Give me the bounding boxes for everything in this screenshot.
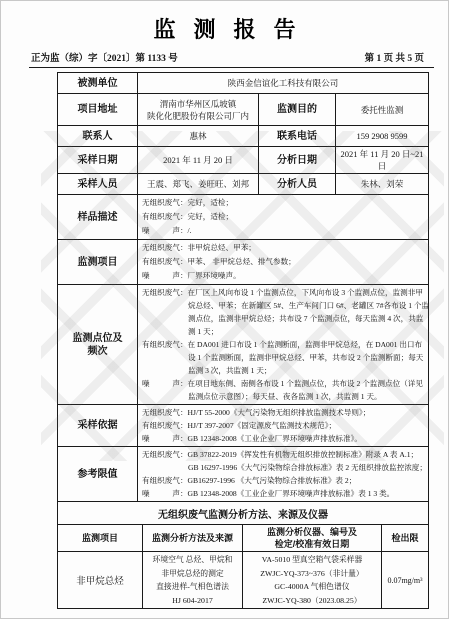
samplers-value: 王震、郑飞、姜旺旺、刘邦: [138, 174, 259, 195]
doc-number: 正为监（综）字〔2021〕第 1133 号: [31, 50, 178, 64]
report-main-table: 被测单位 陕西金信谊化工科技有限公司 项目地址 渭南市华州区瓜坡镇 陕化化肥股份…: [57, 72, 429, 502]
sample-date-value: 2021 年 11 月 20 日: [138, 147, 259, 174]
sample-desc-line: 有组织废气：完好，适检；: [142, 210, 425, 224]
points-line: 监测 3 次，共监测 1 天；: [188, 364, 425, 377]
points-line: 噪 声：在项目地东侧、南侧各布设 1 个监测点位，共布设 2 个监测点位（详见: [142, 377, 425, 390]
items-line: 无组织废气：非甲烷总烃、甲苯；: [142, 241, 425, 255]
row-nmhc: 非甲烷总烃 环境空气 总烃、甲烷和 非甲烷总烃的测定 直接进样-气相色谱法 HJ…: [58, 552, 429, 609]
row-address-purpose: 项目地址 渭南市华州区瓜坡镇 陕化化肥股份有限公司厂内 监测目的 委托性监测: [58, 94, 429, 126]
row-sub-headers: 监测项目 监测分析方法及来源 监测分析仪器、编号及 检定/校准有效日期 检出限: [58, 525, 429, 552]
phone-label: 联系电话: [259, 126, 336, 147]
points-label: 监测点位及 频次: [58, 285, 138, 405]
points-line: 无组织废气：在厂区上风向布设 1 个监测点位，下风向布设 3 个监测点位，监测非…: [142, 286, 425, 299]
basis-line: 有组织废气：HJ/T 397-2007《固定源废气监测技术规范》；: [142, 419, 425, 432]
header-divider: [29, 67, 434, 68]
report-title: 监测报告: [1, 13, 448, 44]
contact-label: 联系人: [58, 126, 138, 147]
col-header-method: 监测分析方法及来源: [143, 525, 243, 552]
items-line: 有组织废气：甲苯、 非甲烷总烃、排气参数；: [142, 255, 425, 269]
report-header-line: 正为监（综）字〔2021〕第 1133 号 第 1 页 共 5 页: [31, 50, 424, 64]
row-monitoring-points: 监测点位及 频次 无组织废气：在厂区上风向布设 1 个监测点位，下风向布设 3 …: [58, 285, 429, 405]
row-reference-limits: 参考限值 无组织废气：GB 37822-2019《挥发性有机物无组织排放控制标准…: [58, 447, 429, 502]
items-line: 噪 声：厂界环境噪声。: [142, 269, 425, 283]
nmhc-detection-limit: 0.07mg/m³: [382, 552, 429, 609]
nmhc-method: 环境空气 总烃、甲烷和 非甲烷总烃的测定 直接进样-气相色谱法 HJ 604-2…: [143, 552, 243, 609]
sample-desc-line: 噪 声：/.: [142, 224, 425, 238]
nmhc-item: 非甲烷总烃: [58, 552, 143, 609]
items-label: 监测项目: [58, 240, 138, 285]
limits-line: GB 16297-1996《大气污染物综合排放标准》表 2 无组织排放监控浓度；: [188, 461, 425, 474]
purpose-label: 监测目的: [259, 94, 336, 126]
analysis-date-value: 2021 年 11 月 20 日~21 日: [336, 147, 429, 174]
analysis-date-label: 分析日期: [259, 147, 336, 174]
points-line: 测 1 天；: [188, 325, 425, 338]
row-section-title: 无组织废气监测分析方法、来源及仪器: [58, 502, 429, 525]
purpose-value: 委托性监测: [336, 94, 429, 126]
unit-value: 陕西金信谊化工科技有限公司: [138, 73, 429, 94]
analysts-label: 分析人员: [259, 174, 336, 195]
points-line: 监测点位示意图）；每天昼、夜各监测 1 次，共监测 1 天。: [188, 390, 425, 403]
row-contact-phone: 联系人 惠林 联系电话 159 2908 9599: [58, 126, 429, 147]
col-header-limit: 检出限: [382, 525, 429, 552]
basis-line: 噪 声：GB 12348-2008《工业企业厂界环境噪声排放标准》。: [142, 432, 425, 445]
row-monitoring-items: 监测项目 无组织废气：非甲烷总烃、甲苯； 有组织废气：甲苯、 非甲烷总烃、排气参…: [58, 240, 429, 285]
points-value: 无组织废气：在厂区上风向布设 1 个监测点位，下风向布设 3 个监测点位，监测非…: [138, 285, 429, 405]
points-line: 烷总烃、甲苯；在新罐区 5#、生产车间门口 6#、老罐区 7#各布设 1 个监: [188, 299, 425, 312]
sample-desc-label: 样品描述: [58, 195, 138, 240]
basis-label: 采样依据: [58, 405, 138, 447]
limits-label: 参考限值: [58, 447, 138, 502]
points-line: 测点位，监测非甲烷总烃；共布设 7 个监测点位，每天监测 4 次，共监: [188, 312, 425, 325]
row-unit: 被测单位 陕西金信谊化工科技有限公司: [58, 73, 429, 94]
row-sampling-basis: 采样依据 无组织废气：HJ/T 55-2000《大气污染物无组织排放监测技术导则…: [58, 405, 429, 447]
analysts-value: 朱林、刘荣: [336, 174, 429, 195]
limits-line: 噪 声：GB 12348-2008《工业企业厂界环境噪声排放标准》表 1 3 类…: [142, 487, 425, 500]
address-label: 项目地址: [58, 94, 138, 126]
sample-desc-line: 无组织废气：完好，适检；: [142, 196, 425, 210]
sample-desc-value: 无组织废气：完好，适检； 有组织废气：完好，适检； 噪 声：/.: [138, 195, 429, 240]
row-sample-description: 样品描述 无组织废气：完好，适检； 有组织废气：完好，适检； 噪 声：/.: [58, 195, 429, 240]
sample-date-label: 采样日期: [58, 147, 138, 174]
limits-line: 有组织废气：GB16297-1996 《大气污染物综合排放标准》表 2；: [142, 474, 425, 487]
basis-value: 无组织废气：HJ/T 55-2000《大气污染物无组织排放监测技术导则》； 有组…: [138, 405, 429, 447]
nmhc-instrument: VA-5010 型真空箱气袋采样器 ZWJC-YQ-373~376（非计量） G…: [243, 552, 382, 609]
analysis-method-table: 无组织废气监测分析方法、来源及仪器 监测项目 监测分析方法及来源 监测分析仪器、…: [57, 501, 429, 609]
contact-value: 惠林: [138, 126, 259, 147]
points-line: 设 1 个监测断面，监测非甲烷总烃、甲苯，共布设 2 个监测断面；每天: [188, 351, 425, 364]
limits-value: 无组织废气：GB 37822-2019《挥发性有机物无组织排放控制标准》附录 A…: [138, 447, 429, 502]
col-header-instrument: 监测分析仪器、编号及 检定/校准有效日期: [243, 525, 382, 552]
row-personnel: 采样人员 王震、郑飞、姜旺旺、刘邦 分析人员 朱林、刘荣: [58, 174, 429, 195]
basis-line: 无组织废气：HJ/T 55-2000《大气污染物无组织排放监测技术导则》；: [142, 406, 425, 419]
unit-label: 被测单位: [58, 73, 138, 94]
limits-line: 无组织废气：GB 37822-2019《挥发性有机物无组织排放控制标准》附录 A…: [142, 448, 425, 461]
items-value: 无组织废气：非甲烷总烃、甲苯； 有组织废气：甲苯、 非甲烷总烃、排气参数； 噪 …: [138, 240, 429, 285]
col-header-item: 监测项目: [58, 525, 143, 552]
monitoring-report-page: 监测报告 正为监（综）字〔2021〕第 1133 号 第 1 页 共 5 页 被…: [0, 0, 449, 619]
address-value: 渭南市华州区瓜坡镇 陕化化肥股份有限公司厂内: [138, 94, 259, 126]
phone-value: 159 2908 9599: [336, 126, 429, 147]
row-dates: 采样日期 2021 年 11 月 20 日 分析日期 2021 年 11 月 2…: [58, 147, 429, 174]
page-number: 第 1 页 共 5 页: [365, 50, 424, 64]
samplers-label: 采样人员: [58, 174, 138, 195]
section-title: 无组织废气监测分析方法、来源及仪器: [58, 502, 429, 525]
points-line: 有组织废气：在 DA001 进口布设 1 个监测断面，监测非甲烷总烃，在 DA0…: [142, 338, 425, 351]
